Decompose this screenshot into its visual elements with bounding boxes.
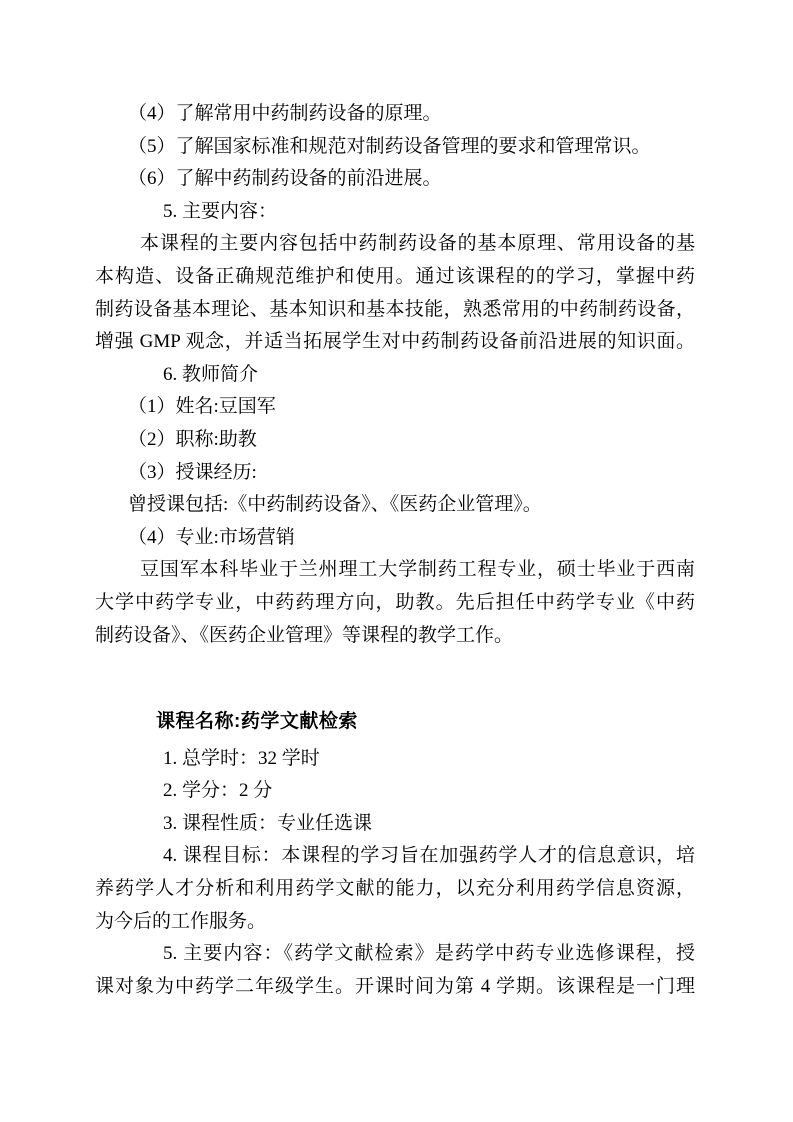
paragraph-line: 本构造、设备正确规范维护和使用。通过该课程的的学习，掌握中药 [95, 261, 695, 294]
course-objective-line: 养药学人才分析和利用药学文献的能力，以充分利用药学信息资源， [95, 873, 695, 906]
teacher-bio-line: 大学中药学专业，中药药理方向，助教。先后担任中药学专业《中药 [95, 587, 695, 620]
paragraph-line: 本课程的主要内容包括中药制药设备的基本原理、常用设备的基 [95, 228, 695, 261]
course-content-line: 课对象为中药学二年级学生。开课时间为第 4 学期。该课程是一门理 [95, 971, 695, 1004]
teacher-intro-label: 6. 教师简介 [95, 359, 695, 392]
teacher-name-line: （1）姓名:豆国军 [95, 391, 695, 424]
paragraph-line: 制药设备基本理论、基本知识和基本技能，熟悉常用的中药制药设备， [95, 294, 695, 327]
document-page: （4）了解常用中药制药设备的原理。 （5）了解国家标准和规范对制药设备管理的要求… [0, 0, 793, 1122]
main-content-label: 5. 主要内容： [95, 196, 695, 229]
course-content-line: 5. 主要内容：《药学文献检索》是药学中药专业选修课程，授 [95, 938, 695, 971]
course-objective-line: 4. 课程目标：本课程的学习旨在加强药学人才的信息意识，培 [95, 840, 695, 873]
teacher-bio-line: 豆国军本科毕业于兰州理工大学制药工程专业，硕士毕业于西南 [95, 554, 695, 587]
teacher-bio-line: 制药设备》、《医药企业管理》等课程的教学工作。 [95, 620, 695, 653]
teaching-experience-line: 曾授课包括:《中药制药设备》、《医药企业管理》。 [95, 489, 695, 522]
objective-item: （6）了解中药制药设备的前沿进展。 [95, 163, 695, 196]
course-objective-line: 为今后的工作服务。 [95, 906, 695, 939]
course-type-line: 3. 课程性质：专业任选课 [95, 808, 695, 841]
total-hours-line: 1. 总学时：32 学时 [95, 743, 695, 776]
teacher-major-line: （4）专业:市场营销 [95, 522, 695, 555]
paragraph-line: 增强 GMP 观念，并适当拓展学生对中药制药设备前沿进展的知识面。 [95, 326, 695, 359]
credits-line: 2. 学分：2 分 [95, 775, 695, 808]
course-title: 课程名称:药学文献检索 [95, 706, 695, 739]
teaching-experience-label: （3）授课经历: [95, 457, 695, 490]
teacher-title-line: （2）职称:助教 [95, 424, 695, 457]
objective-item: （5）了解国家标准和规范对制药设备管理的要求和管理常识。 [95, 131, 695, 164]
objective-item: （4）了解常用中药制药设备的原理。 [95, 98, 695, 131]
